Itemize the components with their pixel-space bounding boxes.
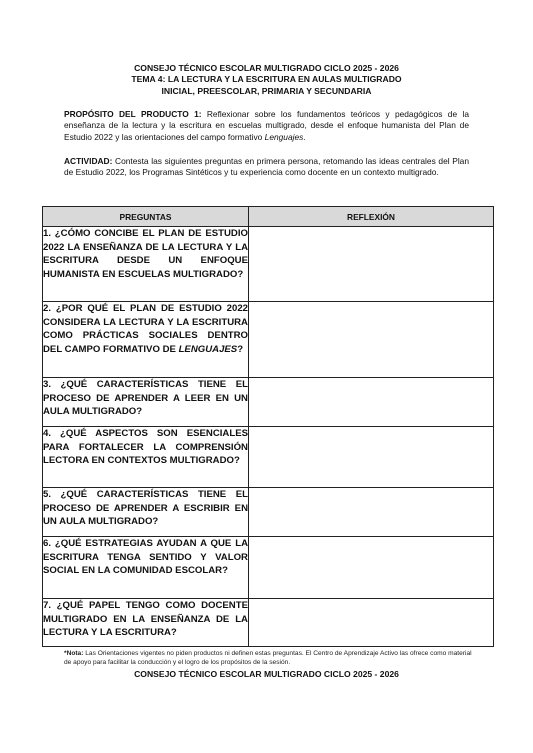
header-preguntas: PREGUNTAS (43, 207, 249, 227)
reflection-cell[interactable] (249, 378, 494, 427)
question-cell: 1. ¿CÓMO CONCIBE EL PLAN DE ESTUDIO 2022… (43, 227, 249, 302)
purpose-paragraph: PROPÓSITO DEL PRODUCTO 1: Reflexionar so… (64, 109, 469, 143)
header-line-3: INICIAL, PREESCOLAR, PRIMARIA Y SECUNDAR… (0, 86, 533, 97)
question-italic: LENGUAJES (179, 344, 238, 355)
question-text: 5. ¿QUÉ CARACTERÍSTICAS TIENE EL PROCESO… (43, 489, 248, 527)
activity-text: Contesta las siguientes preguntas en pri… (64, 156, 469, 177)
table-row: 2. ¿POR QUÉ EL PLAN DE ESTUDIO 2022 CONS… (43, 302, 494, 378)
question-cell: 6. ¿QUÉ ESTRATEGIAS AYUDAN A QUE LA ESCR… (43, 537, 249, 599)
question-text: 4. ¿QUÉ ASPECTOS SON ESENCIALES PARA FOR… (43, 428, 248, 466)
question-text: 3. ¿QUÉ CARACTERÍSTICAS TIENE EL PROCESO… (43, 379, 248, 417)
question-cell: 7. ¿QUÉ PAPEL TENGO COMO DOCENTE MULTIGR… (43, 599, 249, 647)
reflection-cell[interactable] (249, 537, 494, 599)
activity-paragraph: ACTIVIDAD: Contesta las siguientes pregu… (64, 156, 469, 179)
question-text: 1. ¿CÓMO CONCIBE EL PLAN DE ESTUDIO 2022… (43, 228, 248, 280)
table-row: 5. ¿QUÉ CARACTERÍSTICAS TIENE EL PROCESO… (43, 488, 494, 537)
table-row: 7. ¿QUÉ PAPEL TENGO COMO DOCENTE MULTIGR… (43, 599, 494, 647)
question-text: 7. ¿QUÉ PAPEL TENGO COMO DOCENTE MULTIGR… (43, 600, 248, 638)
reflection-cell[interactable] (249, 599, 494, 647)
note-text: Las Orientaciones vigentes no piden prod… (64, 650, 472, 666)
document-page: CONSEJO TÉCNICO ESCOLAR MULTIGRADO CICLO… (0, 0, 533, 753)
questions-table: PREGUNTAS REFLEXIÓN 1. ¿CÓMO CONCIBE EL … (42, 206, 494, 647)
question-end: ? (237, 344, 243, 355)
reflection-cell[interactable] (249, 302, 494, 378)
table-row: 1. ¿CÓMO CONCIBE EL PLAN DE ESTUDIO 2022… (43, 227, 494, 302)
table-row: 4. ¿QUÉ ASPECTOS SON ESENCIALES PARA FOR… (43, 427, 494, 488)
activity-label: ACTIVIDAD: (64, 156, 112, 166)
question-cell: 2. ¿POR QUÉ EL PLAN DE ESTUDIO 2022 CONS… (43, 302, 249, 378)
note-label: *Nota: (64, 650, 83, 657)
footnote: *Nota: Las Orientaciones vigentes no pid… (64, 649, 474, 667)
question-cell: 5. ¿QUÉ CARACTERÍSTICAS TIENE EL PROCESO… (43, 488, 249, 537)
table-row: 3. ¿QUÉ CARACTERÍSTICAS TIENE EL PROCESO… (43, 378, 494, 427)
table-row: 6. ¿QUÉ ESTRATEGIAS AYUDAN A QUE LA ESCR… (43, 537, 494, 599)
purpose-label: PROPÓSITO DEL PRODUCTO 1: (64, 109, 202, 119)
document-footer: CONSEJO TÉCNICO ESCOLAR MULTIGRADO CICLO… (0, 669, 533, 679)
table-header-row: PREGUNTAS REFLEXIÓN (43, 207, 494, 227)
question-text: 6. ¿QUÉ ESTRATEGIAS AYUDAN A QUE LA ESCR… (43, 538, 248, 576)
reflection-cell[interactable] (249, 227, 494, 302)
reflection-cell[interactable] (249, 427, 494, 488)
purpose-end: . (303, 132, 305, 142)
question-cell: 4. ¿QUÉ ASPECTOS SON ESENCIALES PARA FOR… (43, 427, 249, 488)
reflection-cell[interactable] (249, 488, 494, 537)
purpose-italic: Lenguajes (265, 132, 304, 142)
header-line-1: CONSEJO TÉCNICO ESCOLAR MULTIGRADO CICLO… (0, 63, 533, 74)
header-reflexion: REFLEXIÓN (249, 207, 494, 227)
question-cell: 3. ¿QUÉ CARACTERÍSTICAS TIENE EL PROCESO… (43, 378, 249, 427)
header-line-2: TEMA 4: LA LECTURA Y LA ESCRITURA EN AUL… (0, 74, 533, 85)
document-header: CONSEJO TÉCNICO ESCOLAR MULTIGRADO CICLO… (0, 63, 533, 97)
